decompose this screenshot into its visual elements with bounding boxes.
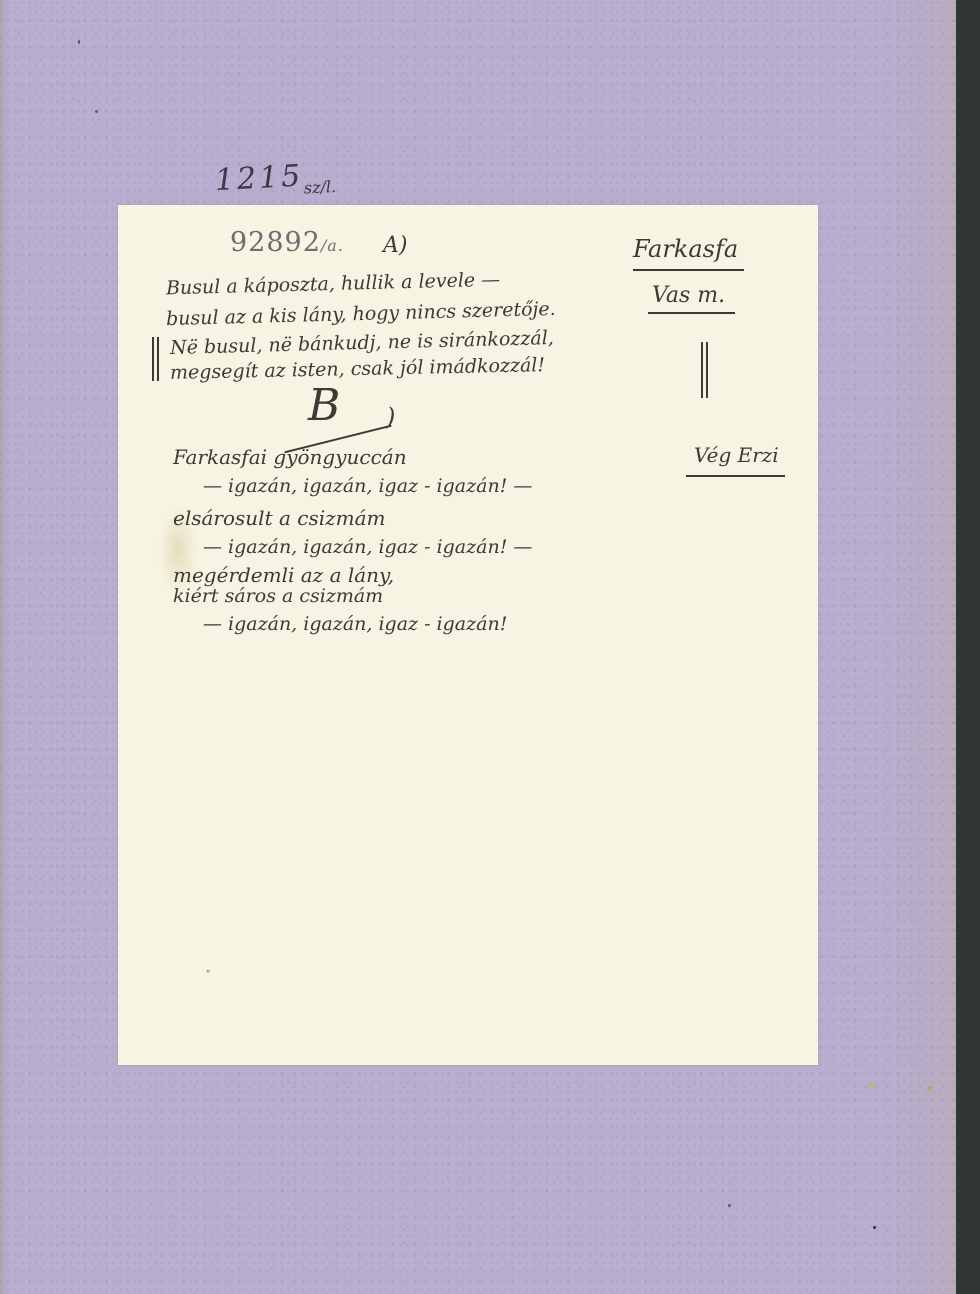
mount-speck — [95, 110, 98, 113]
mount-speck — [870, 1083, 875, 1088]
archive-stamp: 92892/a. — [230, 227, 344, 258]
stamp-number: 92892 — [230, 227, 321, 258]
verse-b-line-3: megérdemli az a lány, — [173, 563, 394, 587]
section-b-letter: B — [308, 380, 340, 431]
verse-a-line-4: megsegít az isten, csak jól imádkozzál! — [170, 354, 545, 384]
verse-a-line-1: Busul a káposzta, hullik a levele — — [166, 269, 501, 300]
stamp-suffix: /a. — [321, 236, 344, 255]
repeat-start-bar — [157, 337, 159, 381]
inventory-number-main: 1215 — [214, 159, 304, 199]
verse-b-line-2: elsárosult a csizmám — [173, 506, 386, 530]
mount-speck — [927, 1086, 932, 1091]
verse-b-refrain-1: — igazán, igazán, igaz - igazán! — — [203, 475, 532, 497]
mount-speck — [728, 1204, 731, 1207]
section-a-label: A) — [383, 233, 407, 258]
repeat-end-bar — [701, 342, 703, 398]
mount-speck — [873, 1226, 876, 1229]
verse-a-line-2: busul az a kis lány, hogy nincs szeretőj… — [166, 298, 556, 330]
singer-name: Vég Erzi — [686, 443, 785, 477]
inventory-number: 1215sz/l. — [214, 157, 336, 202]
verse-b-refrain-2: — igazán, igazán, igaz - igazán! — — [203, 536, 532, 558]
mount-left-edge — [0, 0, 8, 1294]
repeat-end-bar — [706, 342, 708, 398]
corner-mark: " — [206, 970, 210, 980]
place-name: Farkasfa — [633, 235, 744, 271]
inventory-number-suffix: sz/l. — [303, 177, 336, 198]
mount-speck — [78, 40, 80, 44]
manuscript-card: 92892/a. A) Farkasfa Vas m. Busul a kápo… — [118, 205, 818, 1065]
verse-b-line-4: kiért sáros a csizmám — [173, 585, 383, 607]
verse-b-refrain-3: — igazán, igazán, igaz - igazán! — [203, 613, 507, 635]
verse-b-line-1: Farkasfai gyöngyuccán — [173, 445, 407, 469]
county-name: Vas m. — [648, 283, 735, 314]
repeat-start-bar — [152, 337, 154, 381]
